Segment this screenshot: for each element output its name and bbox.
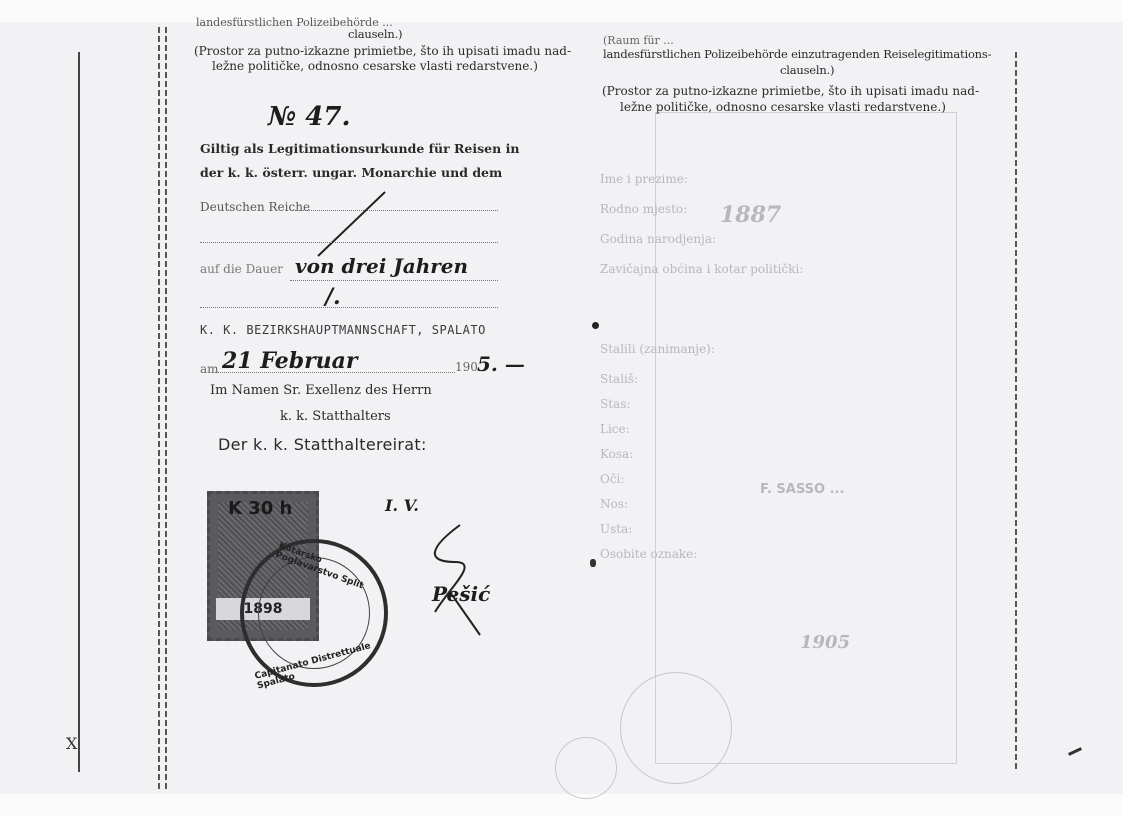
passport-spread: landesfürstlichen Polizeibehörde ... cla… — [0, 22, 1123, 794]
bleed-year: 1887 — [720, 202, 781, 228]
croatian-note-line2: ležne političke, odnosno cesarske vlasti… — [212, 59, 538, 73]
bleed-field: Stalili (zanimanje): — [600, 342, 715, 356]
bleedthrough-frame — [655, 112, 957, 764]
bleed-field: Ime i prezime: — [600, 172, 688, 186]
right-croatian-line1: (Prostor za putno-izkazne primietbe, što… — [602, 84, 979, 98]
ink-speck — [592, 322, 599, 329]
validity-line1: Giltig als Legitimationsurkunde für Reis… — [200, 142, 519, 156]
signatory-title: Der k. k. Statthaltereirat: — [218, 435, 427, 454]
date-year-suffix: 5. — — [477, 352, 525, 376]
on-behalf-line2: k. k. Statthalters — [280, 410, 391, 424]
right-header-line2: clauseln.) — [780, 63, 834, 77]
header-clauseln: clauseln.) — [348, 27, 402, 41]
margin-mark: X — [66, 734, 77, 753]
fill-line — [200, 307, 498, 308]
scan-bottom-margin — [0, 794, 1123, 816]
duration-value: von drei Jahren — [295, 254, 468, 278]
on-behalf-line1: Im Namen Sr. Exellenz des Herrn — [210, 384, 432, 398]
right-header-line1: landesfürstlichen Polizeibehörde einzutr… — [603, 47, 991, 61]
bleed-field: Usta: — [600, 522, 632, 536]
signature-prefix: I. V. — [385, 496, 419, 515]
binding-line-inner — [165, 27, 167, 792]
ink-speck — [590, 559, 596, 567]
strike-mark — [310, 190, 390, 260]
official-seal: Kotarsko Poglavarstvo Split Capitanato D… — [240, 539, 388, 687]
bleed-field: Godina narodjenja: — [600, 232, 716, 246]
authority-stamp: K. K. BEZIRKSHAUPTMANNSCHAFT, SPALATO — [200, 323, 486, 337]
date-prefix: am — [200, 362, 219, 376]
croatian-note-line1: (Prostor za putno-izkazne primietbe, što… — [194, 44, 571, 58]
ink-speck — [1068, 747, 1082, 756]
bleed-field: Stališ: — [600, 372, 638, 386]
document-number: № 47. — [268, 102, 351, 132]
bleed-field: Osobite oznake: — [600, 547, 697, 561]
margin-line — [78, 52, 80, 772]
duration-label: auf die Dauer — [200, 262, 283, 276]
bleedthrough-seal-small — [555, 737, 617, 799]
date-value: 21 Februar — [222, 348, 358, 374]
right-croatian-line2: ležne političke, odnosno cesarske vlasti… — [620, 100, 946, 114]
bleed-field: Zavičajna obćina i kotar politički: — [600, 262, 803, 276]
fill-line — [215, 372, 455, 373]
bleedthrough-seal — [620, 672, 732, 784]
validity-line3-label: Deutschen Reiche — [200, 200, 310, 214]
right-header-cut: (Raum für ... — [603, 34, 674, 48]
bleed-field: Kosa: — [600, 447, 633, 461]
page-edge-line — [1015, 52, 1017, 772]
bleed-field: Lice: — [600, 422, 630, 436]
scan-top-margin — [0, 0, 1123, 22]
validity-line2: der k. k. österr. ungar. Monarchie und d… — [200, 166, 502, 180]
bleed-field: Oči: — [600, 472, 624, 486]
revenue-stamp-overprint: K 30 h — [228, 498, 292, 519]
fill-line — [200, 242, 498, 243]
bleed-field: Nos: — [600, 497, 628, 511]
date-year-prefix: 190 — [455, 360, 478, 374]
bleed-date: 1905 — [800, 632, 850, 653]
bleed-field: Stas: — [600, 397, 630, 411]
signature: Pešić — [432, 582, 490, 606]
bleed-stamp: F. SASSO ... — [760, 482, 844, 497]
fill-line — [290, 280, 498, 281]
binding-line-outer — [158, 27, 160, 792]
bleed-field: Rodno mjesto: — [600, 202, 687, 216]
